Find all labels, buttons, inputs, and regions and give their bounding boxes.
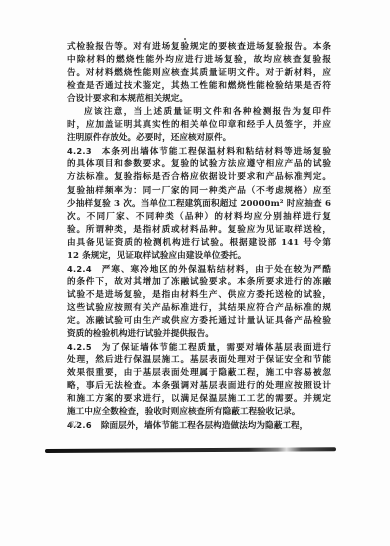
- text-line: 试验不是进场复验，是指由材料生产、供应方委托送检的试验，: [67, 289, 331, 302]
- line-text: 中除材料的燃烧性能外均应进行进场复验，故均应核查复验报: [67, 55, 331, 65]
- text-line: 式检验报告等。对有进场复验规定的要核查进场复验报告。本条: [67, 41, 331, 54]
- text-line: 定。冻融试验可由生产或供应方委托通过计量认证具备产品检验: [67, 315, 331, 328]
- line-text: 本条列出墙体节能工程保温材料和粘结材料等进场复验: [101, 147, 331, 157]
- section-heading-line: 4.2.3本条列出墙体节能工程保温材料和粘结材料等进场复验: [67, 145, 331, 158]
- line-text: 少抽样复验 3 次。当单位工程建筑面积超过 20000m² 时应抽查 6: [67, 199, 331, 209]
- line-text: 效果很重要，由于基层表面处理属于隐蔽工程，施工中容易被忽: [67, 368, 331, 378]
- section-heading-line: 4.2.6除面层外，墙体节能工程各层构造做法均为隐蔽工程，: [67, 419, 331, 432]
- text-line: 告。对材料燃烧性能则应核查其质量证明文件。对于新材料，应: [67, 67, 331, 80]
- text-line: 施工中应全数检查，验收时则应核查所有隐蔽工程验收记录。: [67, 406, 331, 419]
- text-line: 少抽样复验 3 次。当单位工程建筑面积超过 20000m² 时应抽查 6: [67, 198, 331, 211]
- line-text: 复验抽样频率为：同一厂家的同一种类产品（不考虑规格）应至: [67, 186, 331, 196]
- line-text: 应该注意，当上述质量证明文件和各种检测报告为复印件: [84, 107, 331, 117]
- text-line: 次。不同厂家、不同种类（品种）的材料均应分别抽样进行复: [67, 211, 331, 224]
- text-line: 效果很重要，由于基层表面处理属于隐蔽工程，施工中容易被忽: [67, 367, 331, 380]
- line-text: 处理，然后进行保温层施工。基层表面处理对于保证安全和节能: [67, 355, 331, 365]
- line-text: 为了保证墙体节能工程质量，需要对墙体基层表面进行: [101, 343, 331, 353]
- line-text: 这些试验应按照有关产品标准进行，其结果应符合产品标准的规: [67, 303, 331, 313]
- text-line: 时，应加盖证明其真实性的相关单位印章和经手人员签字，并应: [67, 119, 331, 132]
- line-text: 略，事后无法检查。本条强调对基层表面进行的处理应按照设计: [67, 381, 331, 391]
- line-text: 施工中应全数检查，验收时则应核查所有隐蔽工程验收记录。: [67, 407, 300, 417]
- line-text: 合设计要求和本规范相关规定。: [67, 94, 188, 104]
- line-text: 除面层外，墙体节能工程各层构造做法均为隐蔽工程，: [101, 421, 308, 431]
- body-text: 式检验报告等。对有进场复验规定的要核查进场复验报告。本条中除材料的燃烧性能外均应…: [67, 41, 331, 432]
- text-line: 资质的检验机构进行试验并提供报告。: [67, 328, 331, 341]
- section-heading-line: 4.2.5为了保证墙体节能工程质量，需要对墙体基层表面进行: [67, 341, 331, 354]
- text-line: 的条件下，故对其增加了冻融试验要求。本条所要求进行的冻融: [67, 276, 331, 289]
- line-text: 定。冻融试验可由生产或供应方委托通过计量认证具备产品检验: [67, 316, 331, 326]
- text-line: 由具备见证资质的检测机构进行试验。根据建设部 141 号令第: [67, 237, 331, 250]
- line-text: 时，应加盖证明其真实性的相关单位印章和经手人员签字，并应: [67, 120, 331, 130]
- line-text: 告。对材料燃烧性能则应核查其质量证明文件。对于新材料，应: [67, 68, 331, 78]
- line-text: 严寒、寒冷地区的外保温粘结材料，由于处在较为严酷: [101, 265, 331, 275]
- text-line: 的具体项目和参数要求。复验的试验方法应遵守相应产品的试验: [67, 158, 331, 171]
- document-page: 式检验报告等。对有进场复验规定的要核查进场复验报告。本条中除材料的燃烧性能外均应…: [0, 0, 390, 546]
- bottom-rule-divider: [45, 447, 336, 453]
- line-text: 由具备见证资质的检测机构进行试验。根据建设部 141 号令第: [67, 238, 331, 248]
- text-line: 12 条规定，见证取样试验应由建设单位委托。: [67, 250, 331, 263]
- text-line: 略，事后无法检查。本条强调对基层表面进行的处理应按照设计: [67, 380, 331, 393]
- line-text: 方法标准。复验指标是否合格应依据设计要求和产品标准判定。: [67, 172, 331, 182]
- section-heading-line: 4.2.4严寒、寒冷地区的外保温粘结材料，由于处在较为严酷: [67, 263, 331, 276]
- text-line: 注明原件存放处。必要时，还应核对原件。: [67, 132, 331, 145]
- line-text: 和施工方案的要求进行，以满足保温层施工工艺的需要。并规定: [67, 394, 331, 404]
- line-text: 检查是否通过技术鉴定，其热工性能和燃烧性能检验结果是否符: [67, 81, 331, 91]
- line-text: 验。所谓种类，是指材质或材料品种。复验应为见证取样送检，: [67, 225, 331, 235]
- text-line: 应该注意，当上述质量证明文件和各种检测报告为复印件: [67, 106, 331, 119]
- line-text: 注明原件存放处。必要时，还应核对原件。: [67, 133, 231, 143]
- scan-speck: [184, 38, 186, 40]
- section-number: 4.2.5: [67, 342, 92, 352]
- text-line: 中除材料的燃烧性能外均应进行进场复验，故均应核查复验报: [67, 54, 331, 67]
- line-text: 次。不同厂家、不同种类（品种）的材料均应分别抽样进行复: [67, 212, 331, 222]
- line-text: 试验不是进场复验，是指由材料生产、供应方委托送检的试验，: [67, 290, 331, 300]
- text-line: 这些试验应按照有关产品标准进行，其结果应符合产品标准的规: [67, 302, 331, 315]
- line-text: 式检验报告等。对有进场复验规定的要核查进场复验报告。本条: [67, 42, 331, 52]
- text-line: 验。所谓种类，是指材质或材料品种。复验应为见证取样送检，: [67, 224, 331, 237]
- line-text: 的条件下，故对其增加了冻融试验要求。本条所要求进行的冻融: [67, 277, 331, 287]
- text-line: 合设计要求和本规范相关规定。: [67, 93, 331, 106]
- text-line: 处理，然后进行保温层施工。基层表面处理对于保证安全和节能: [67, 354, 331, 367]
- page-number: 82: [69, 420, 79, 429]
- text-line: 检查是否通过技术鉴定，其热工性能和燃烧性能检验结果是否符: [67, 80, 331, 93]
- line-text: 的具体项目和参数要求。复验的试验方法应遵守相应产品的试验: [67, 159, 331, 169]
- text-line: 方法标准。复验指标是否合格应依据设计要求和产品标准判定。: [67, 171, 331, 184]
- section-number: 4.2.3: [67, 146, 92, 156]
- text-line: 和施工方案的要求进行，以满足保温层施工工艺的需要。并规定: [67, 393, 331, 406]
- section-number: 4.2.4: [67, 264, 92, 274]
- text-line: 复验抽样频率为：同一厂家的同一种类产品（不考虑规格）应至: [67, 185, 331, 198]
- line-text: 资质的检验机构进行试验并提供报告。: [67, 329, 214, 339]
- line-text: 12 条规定，见证取样试验应由建设单位委托。: [67, 251, 246, 261]
